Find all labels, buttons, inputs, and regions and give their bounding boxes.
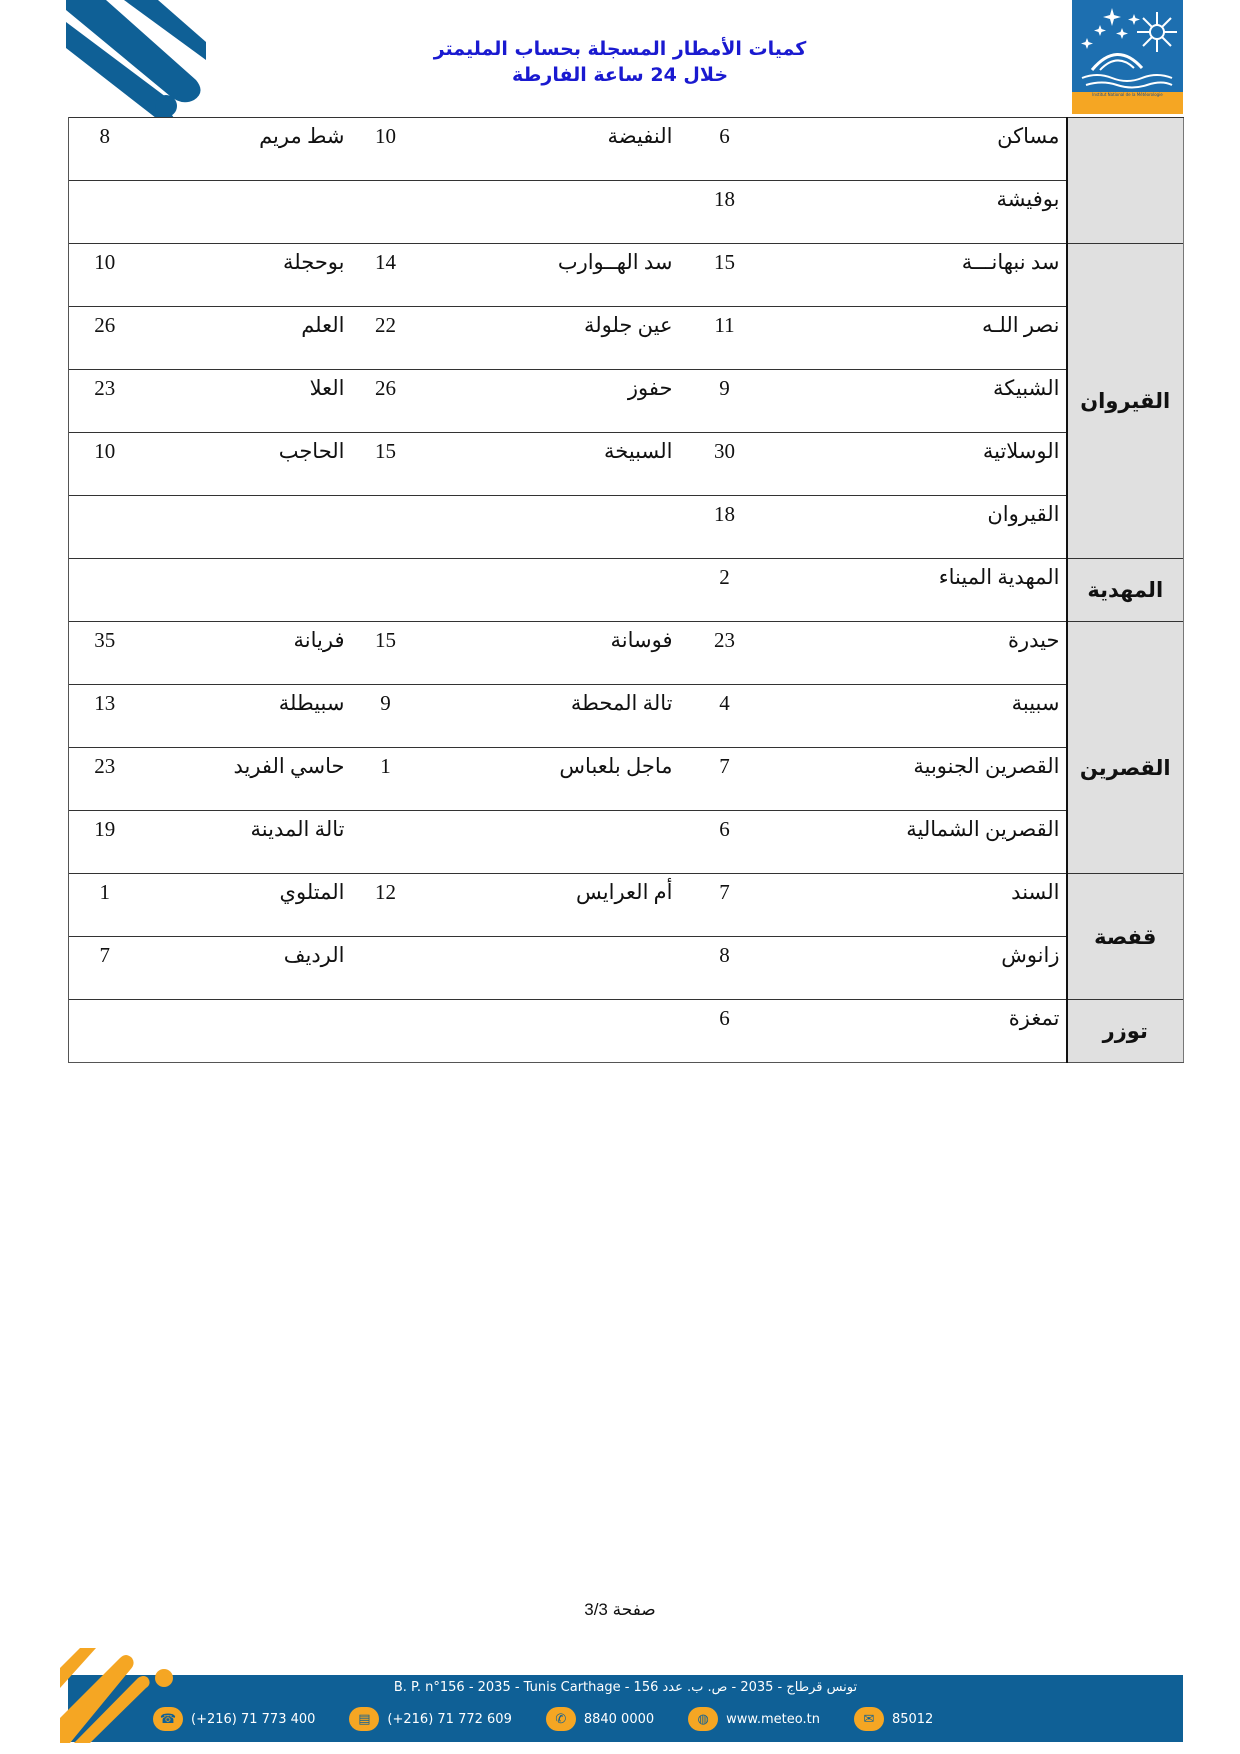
rainfall-value: 23 bbox=[679, 622, 771, 685]
station-name: الشبيكة bbox=[771, 370, 1067, 433]
table-row: نصر اللـه 11 عين جلولة 22 العلم 26 bbox=[69, 307, 1184, 370]
website-link[interactable]: www.meteo.tn bbox=[726, 1712, 820, 1727]
table-row: الوسلاتية 30 السبيخة 15 الحاجب 10 bbox=[69, 433, 1184, 496]
station-name: النفيضة bbox=[421, 118, 679, 181]
contact-call-center: ✆ 8840 0000 bbox=[546, 1707, 654, 1731]
rainfall-value: 1 bbox=[351, 748, 421, 811]
station-name: فريانة bbox=[141, 622, 351, 685]
rainfall-value: 11 bbox=[679, 307, 771, 370]
rainfall-value: 4 bbox=[679, 685, 771, 748]
governorate-cell: قفصة bbox=[1067, 874, 1184, 1000]
governorate-cell: توزر bbox=[1067, 1000, 1184, 1063]
globe-icon: ◍ bbox=[688, 1707, 718, 1731]
station-name: الحاجب bbox=[141, 433, 351, 496]
table-row: توزر تمغزة 6 bbox=[69, 1000, 1184, 1063]
rainfall-value: 15 bbox=[679, 244, 771, 307]
station-name: زانوش bbox=[771, 937, 1067, 1000]
station-name: فوسانة bbox=[421, 622, 679, 685]
rainfall-value: 26 bbox=[351, 370, 421, 433]
governorate-cell: المهدية bbox=[1067, 559, 1184, 622]
station-name: حاسي الفريد bbox=[141, 748, 351, 811]
rainfall-value bbox=[351, 811, 421, 874]
rainfall-value: 30 bbox=[679, 433, 771, 496]
table-row: القصرين الشمالية 6 تالة المدينة 19 bbox=[69, 811, 1184, 874]
station-name: تمغزة bbox=[771, 1000, 1067, 1063]
station-name: مساكن bbox=[771, 118, 1067, 181]
governorate-cell: القيروان bbox=[1067, 244, 1184, 559]
page-title: كميات الأمطار المسجلة بحساب المليمتر خلا… bbox=[380, 36, 860, 88]
contact-text: 85012 bbox=[892, 1712, 933, 1727]
rainfall-value bbox=[69, 559, 141, 622]
table-row: القصرين حيدرة 23 فوسانة 15 فريانة 35 bbox=[69, 622, 1184, 685]
logo-caption: Institut National de la Météorologie bbox=[1072, 92, 1183, 98]
station-name: السبيخة bbox=[421, 433, 679, 496]
rainfall-value: 6 bbox=[679, 118, 771, 181]
inm-logo: Institut National de la Météorologie bbox=[1072, 0, 1183, 114]
station-name bbox=[141, 496, 351, 559]
rainfall-value: 12 bbox=[351, 874, 421, 937]
rainfall-value bbox=[351, 937, 421, 1000]
governorate-cell bbox=[1067, 118, 1184, 244]
title-line-1: كميات الأمطار المسجلة بحساب المليمتر bbox=[380, 36, 860, 62]
rainfall-value bbox=[351, 496, 421, 559]
station-name: حيدرة bbox=[771, 622, 1067, 685]
table-row: بوفيشة 18 bbox=[69, 181, 1184, 244]
station-name: سبيطلة bbox=[141, 685, 351, 748]
table-row: القيروان 18 bbox=[69, 496, 1184, 559]
station-name bbox=[421, 181, 679, 244]
rainfall-value: 14 bbox=[351, 244, 421, 307]
table-row: مساكن 6 النفيضة 10 شط مريم 8 bbox=[69, 118, 1184, 181]
rainfall-value: 7 bbox=[679, 874, 771, 937]
station-name: شط مريم bbox=[141, 118, 351, 181]
contact-website[interactable]: ◍ www.meteo.tn bbox=[688, 1707, 820, 1731]
footer-contacts: ☎ (+216) 71 773 400 ▤ (+216) 71 772 609 … bbox=[153, 1707, 967, 1731]
station-name bbox=[421, 559, 679, 622]
rainfall-value bbox=[69, 181, 141, 244]
rainfall-value: 8 bbox=[69, 118, 141, 181]
table-row: الشبيكة 9 حفوز 26 العلا 23 bbox=[69, 370, 1184, 433]
station-name: العلم bbox=[141, 307, 351, 370]
rainfall-value bbox=[69, 496, 141, 559]
table-row: المهدية المهدية الميناء 2 bbox=[69, 559, 1184, 622]
rainfall-value: 18 bbox=[679, 496, 771, 559]
footer-decoration-stripes bbox=[60, 1648, 180, 1743]
rainfall-value: 8 bbox=[679, 937, 771, 1000]
station-name bbox=[421, 1000, 679, 1063]
rainfall-value: 15 bbox=[351, 622, 421, 685]
governorate-cell: القصرين bbox=[1067, 622, 1184, 874]
footer-address: B. P. n°156 - 2035 - Tunis Carthage - تو… bbox=[68, 1680, 1183, 1695]
station-name bbox=[421, 496, 679, 559]
table-row: قفصة السند 7 أم العرايس 12 المتلوي 1 bbox=[69, 874, 1184, 937]
station-name: تالة المحطة bbox=[421, 685, 679, 748]
rainfall-value: 18 bbox=[679, 181, 771, 244]
station-name: سد الهــوارب bbox=[421, 244, 679, 307]
rainfall-value: 22 bbox=[351, 307, 421, 370]
station-name: القيروان bbox=[771, 496, 1067, 559]
title-line-2: خلال 24 ساعة الفارطة bbox=[380, 62, 860, 88]
rainfall-value: 7 bbox=[679, 748, 771, 811]
table-row: القصرين الجنوبية 7 ماجل بلعباس 1 حاسي ال… bbox=[69, 748, 1184, 811]
rainfall-value: 9 bbox=[679, 370, 771, 433]
contact-fax: ▤ (+216) 71 772 609 bbox=[349, 1707, 511, 1731]
station-name: المتلوي bbox=[141, 874, 351, 937]
rainfall-value: 10 bbox=[69, 244, 141, 307]
fax-icon: ▤ bbox=[349, 1707, 379, 1731]
rainfall-value bbox=[69, 1000, 141, 1063]
rainfall-value: 7 bbox=[69, 937, 141, 1000]
contact-text: 8840 0000 bbox=[584, 1712, 654, 1727]
station-name: القصرين الشمالية bbox=[771, 811, 1067, 874]
rainfall-value bbox=[351, 181, 421, 244]
station-name: أم العرايس bbox=[421, 874, 679, 937]
station-name: العلا bbox=[141, 370, 351, 433]
station-name: الوسلاتية bbox=[771, 433, 1067, 496]
station-name: تالة المدينة bbox=[141, 811, 351, 874]
sms-icon: ✉ bbox=[854, 1707, 884, 1731]
station-name bbox=[421, 811, 679, 874]
page-number: صفحة 3/3 bbox=[560, 1600, 680, 1620]
rainfall-value: 26 bbox=[69, 307, 141, 370]
call-center-icon: ✆ bbox=[546, 1707, 576, 1731]
rainfall-table: مساكن 6 النفيضة 10 شط مريم 8 بوفيشة 18 ا… bbox=[68, 117, 1184, 1063]
rainfall-value: 2 bbox=[679, 559, 771, 622]
station-name: بوفيشة bbox=[771, 181, 1067, 244]
rainfall-value: 9 bbox=[351, 685, 421, 748]
station-name bbox=[141, 181, 351, 244]
station-name bbox=[141, 1000, 351, 1063]
station-name: ماجل بلعباس bbox=[421, 748, 679, 811]
rainfall-value: 10 bbox=[351, 118, 421, 181]
table-row: سبيبة 4 تالة المحطة 9 سبيطلة 13 bbox=[69, 685, 1184, 748]
station-name bbox=[141, 559, 351, 622]
rainfall-value: 23 bbox=[69, 748, 141, 811]
rainfall-value bbox=[351, 1000, 421, 1063]
contact-text: (+216) 71 772 609 bbox=[387, 1712, 511, 1727]
rainfall-value: 6 bbox=[679, 811, 771, 874]
rainfall-value: 10 bbox=[69, 433, 141, 496]
rainfall-value: 13 bbox=[69, 685, 141, 748]
footer-bar: B. P. n°156 - 2035 - Tunis Carthage - تو… bbox=[68, 1675, 1183, 1742]
station-name: حفوز bbox=[421, 370, 679, 433]
station-name: المهدية الميناء bbox=[771, 559, 1067, 622]
station-name: سد نبهانـــة bbox=[771, 244, 1067, 307]
table-row: القيروان سد نبهانـــة 15 سد الهــوارب 14… bbox=[69, 244, 1184, 307]
table-row: زانوش 8 الرديف 7 bbox=[69, 937, 1184, 1000]
station-name bbox=[421, 937, 679, 1000]
logo-caption-band: Institut National de la Météorologie bbox=[1072, 92, 1183, 114]
rainfall-value: 35 bbox=[69, 622, 141, 685]
station-name: السند bbox=[771, 874, 1067, 937]
station-name: نصر اللـه bbox=[771, 307, 1067, 370]
station-name: سبيبة bbox=[771, 685, 1067, 748]
contact-sms: ✉ 85012 bbox=[854, 1707, 933, 1731]
station-name: بوحجلة bbox=[141, 244, 351, 307]
logo-emblem-icon bbox=[1072, 0, 1183, 92]
rainfall-value: 6 bbox=[679, 1000, 771, 1063]
rainfall-value: 1 bbox=[69, 874, 141, 937]
header-decoration-stripes bbox=[66, 0, 206, 118]
rainfall-value bbox=[351, 559, 421, 622]
rainfall-value: 19 bbox=[69, 811, 141, 874]
station-name: الرديف bbox=[141, 937, 351, 1000]
rainfall-value: 23 bbox=[69, 370, 141, 433]
station-name: عين جلولة bbox=[421, 307, 679, 370]
rainfall-value: 15 bbox=[351, 433, 421, 496]
station-name: القصرين الجنوبية bbox=[771, 748, 1067, 811]
contact-text: (+216) 71 773 400 bbox=[191, 1712, 315, 1727]
